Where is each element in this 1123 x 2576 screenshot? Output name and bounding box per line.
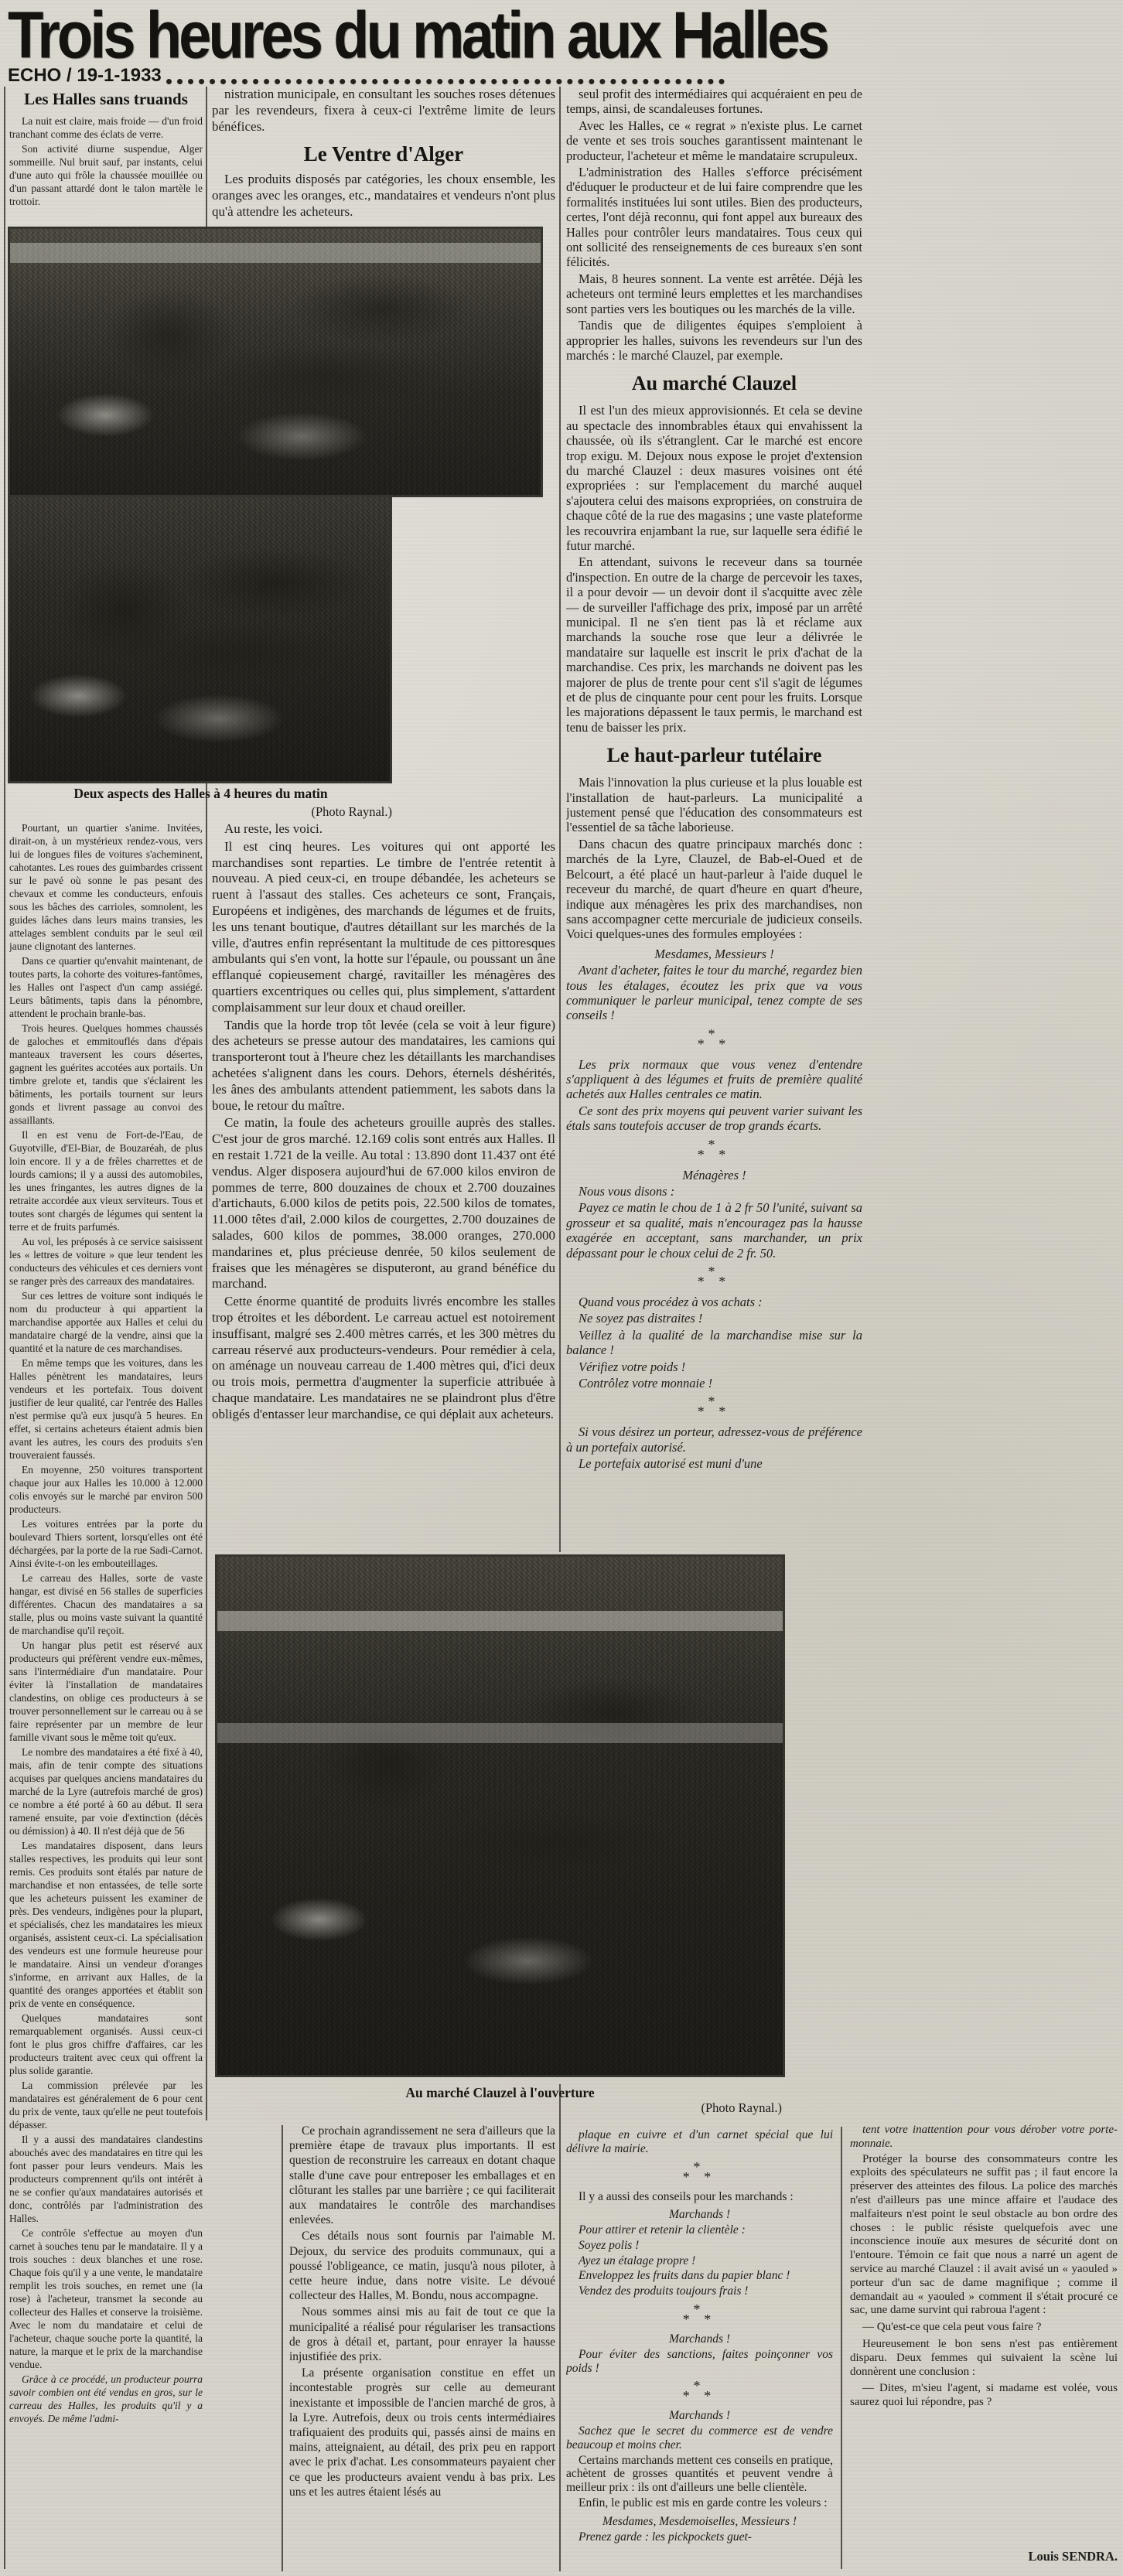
subheading: Le haut-parleur tutélaire bbox=[566, 744, 862, 767]
paragraph: Ce prochain agrandissement ne sera d'ail… bbox=[289, 2124, 555, 2227]
subheading: Au marché Clauzel bbox=[566, 372, 862, 395]
asterisk-separator: * * * bbox=[566, 2162, 833, 2182]
paragraph: Pour attirer et retenir la clientèle : bbox=[566, 2223, 833, 2237]
paragraph: Les produits disposés par catégories, le… bbox=[212, 172, 555, 220]
asterisk-separator: * * * bbox=[566, 1397, 862, 1417]
edition-line: ECHO / 19-1-1933 bbox=[8, 65, 162, 87]
paragraph: Il y a aussi des mandataires clandestins… bbox=[9, 2133, 203, 2225]
paragraph: Certains marchands mettent ces conseils … bbox=[566, 2454, 833, 2495]
paragraph: Heureusement le bon sens n'est pas entiè… bbox=[850, 2338, 1118, 2379]
paragraph: Avec les Halles, ce « regrat » n'existe … bbox=[566, 118, 862, 163]
paragraph: Si vous désirez un porteur, adressez-vou… bbox=[566, 1424, 862, 1455]
paragraph: La commission prélevée par les mandatair… bbox=[9, 2079, 203, 2131]
paragraph: Sachez que le secret du commerce est de … bbox=[566, 2424, 833, 2452]
paragraph: Soyez polis ! bbox=[566, 2239, 833, 2253]
col2-col3-rule-bottom bbox=[559, 2084, 561, 2571]
asterisk-separator: * * * bbox=[566, 1267, 862, 1287]
paragraph: Il y a aussi des conseils pour les march… bbox=[566, 2190, 833, 2204]
halftone-texture bbox=[10, 229, 541, 495]
column-3-bottom: plaque en cuivre et d'un carnet spécial … bbox=[566, 2128, 833, 2571]
column-4-bottom: tent votre inattention pour vous dérober… bbox=[850, 2124, 1118, 2550]
paragraph: — Dites, m'sieu l'agent, si madame est v… bbox=[850, 2382, 1118, 2410]
paragraph: Le carreau des Halles, sorte de vaste ha… bbox=[9, 1571, 203, 1637]
paragraph: Tandis que de diligentes équipes s'emplo… bbox=[566, 318, 862, 363]
paragraph: Mais, 8 heures sonnent. La vente est arr… bbox=[566, 271, 862, 316]
paragraph: plaque en cuivre et d'un carnet spécial … bbox=[566, 2128, 833, 2156]
photo-caption: Au marché Clauzel à l'ouverture bbox=[215, 2085, 785, 2101]
asterisk-separator: * * * bbox=[566, 1140, 862, 1160]
col3-col4-rule bbox=[841, 2127, 842, 2569]
paragraph: Pour éviter des sanctions, faites poinço… bbox=[566, 2348, 833, 2376]
paragraph: Il en est venu de Fort-de-l'Eau, de Guyo… bbox=[9, 1128, 203, 1233]
article-signature: Louis SENDRA. bbox=[850, 2549, 1118, 2564]
subheading: Le Ventre d'Alger bbox=[212, 142, 555, 165]
asterisk-separator: * * * bbox=[566, 2305, 833, 2325]
column-1-top: Les Halles sans truandsLa nuit est clair… bbox=[9, 88, 203, 226]
paragraph: Ce matin, la foule des acheteurs grouill… bbox=[212, 1115, 555, 1292]
column-2-top: nistration municipale, en consultant les… bbox=[212, 87, 555, 227]
page-title: Trois heures du matin aux Halles bbox=[8, 0, 851, 69]
column-2-bottom: Ce prochain agrandissement ne sera d'ail… bbox=[289, 2124, 555, 2571]
paragraph: Marchands ! bbox=[566, 2332, 833, 2346]
photo-credit: (Photo Raynal.) bbox=[9, 804, 392, 820]
paragraph: Au reste, les voici. bbox=[212, 821, 555, 838]
paragraph: Quand vous procédez à vos achats : bbox=[566, 1295, 862, 1309]
paragraph: Enfin, le public est mis en garde contre… bbox=[566, 2496, 833, 2510]
paragraph: Tandis que la horde trop tôt levée (cela… bbox=[212, 1018, 555, 1114]
paragraph: Protéger la bourse des consommateurs con… bbox=[850, 2153, 1118, 2318]
photo-light-band bbox=[217, 1611, 783, 1631]
paragraph: Au vol, les préposés à ce service saisis… bbox=[9, 1235, 203, 1288]
photo-light-band bbox=[10, 243, 541, 263]
paragraph: Un hangar plus petit est réservé aux pro… bbox=[9, 1639, 203, 1744]
paragraph: Marchands ! bbox=[566, 2208, 833, 2222]
paragraph: Nous sommes ainsi mis au fait de tout ce… bbox=[289, 2305, 555, 2364]
paragraph: Dans ce quartier qu'envahit maintenant, … bbox=[9, 954, 203, 1020]
paragraph: Avant d'acheter, faites le tour du march… bbox=[566, 963, 862, 1023]
paragraph: La nuit est claire, mais froide — d'un f… bbox=[9, 114, 203, 141]
paragraph: Sur ces lettres de voiture sont indiqués… bbox=[9, 1289, 203, 1355]
paragraph: Les mandataires disposent, dans leurs st… bbox=[9, 1839, 203, 2010]
paragraph: Ce sont des prix moyens qui peuvent vari… bbox=[566, 1104, 862, 1134]
paragraph: En même temps que les voitures, dans les… bbox=[9, 1356, 203, 1462]
photo-credit: (Photo Raynal.) bbox=[215, 2100, 785, 2116]
paragraph: En moyenne, 250 voitures transportent ch… bbox=[9, 1463, 203, 1516]
paragraph: Ce contrôle s'effectue au moyen d'un car… bbox=[9, 2226, 203, 2371]
column-1-main: Pourtant, un quartier s'anime. Invitées,… bbox=[9, 821, 203, 2569]
left-edge-rule bbox=[4, 87, 5, 2569]
paragraph: L'administration des Halles s'efforce pr… bbox=[566, 165, 862, 270]
paragraph: Il est cinq heures. Les voitures qui ont… bbox=[212, 839, 555, 1016]
col1-col2-rule-bottom bbox=[282, 2125, 283, 2571]
col2-col3-rule bbox=[559, 87, 561, 1552]
photo-halles-crowd bbox=[8, 495, 392, 783]
subheading: Les Halles sans truands bbox=[9, 90, 203, 108]
paragraph: Marchands ! bbox=[566, 2409, 833, 2423]
halftone-texture bbox=[217, 1557, 783, 2075]
paragraph: Quelques mandataires sont remarquablemen… bbox=[9, 2011, 203, 2077]
paragraph: Mesdames, Messieurs ! bbox=[566, 947, 862, 961]
column-2-middle: Au reste, les voici.Il est cinq heures. … bbox=[212, 821, 555, 1551]
photo-marche-clauzel bbox=[215, 1554, 785, 2077]
paragraph: La présente organisation constitue en ef… bbox=[289, 2366, 555, 2499]
paragraph: Les voitures entrées par la porte du bou… bbox=[9, 1517, 203, 1570]
photo-caption: Deux aspects des Halles à 4 heures du ma… bbox=[9, 786, 392, 802]
paragraph: En attendant, suivons le receveur dans s… bbox=[566, 554, 862, 735]
paragraph: Vérifiez votre poids ! bbox=[566, 1360, 862, 1374]
paragraph: Mesdames, Mesdemoiselles, Messieurs ! bbox=[566, 2515, 833, 2529]
asterisk-separator: * * * bbox=[566, 1029, 862, 1049]
column-3: seul profit des intermédiaires qui acqué… bbox=[566, 87, 862, 1556]
paragraph: Nous vous disons : bbox=[566, 1184, 862, 1199]
paragraph: Contrôlez votre monnaie ! bbox=[566, 1376, 862, 1390]
halftone-texture bbox=[10, 497, 390, 781]
paragraph: Il est l'un des mieux approvisionnés. Et… bbox=[566, 403, 862, 553]
paragraph: Ménagères ! bbox=[566, 1168, 862, 1182]
paragraph: Les prix normaux que vous venez d'entend… bbox=[566, 1057, 862, 1102]
paragraph: Cette énorme quantité de produits livrés… bbox=[212, 1294, 555, 1422]
paragraph: Ayez un étalage propre ! bbox=[566, 2254, 833, 2268]
photo-halles-buildings bbox=[8, 227, 543, 497]
asterisk-separator: * * * bbox=[566, 2381, 833, 2401]
paragraph: Ces détails nous sont fournis par l'aima… bbox=[289, 2229, 555, 2303]
paragraph: Dans chacun des quatre principaux marché… bbox=[566, 837, 862, 942]
paragraph: seul profit des intermédiaires qui acqué… bbox=[566, 87, 862, 117]
dotted-rule bbox=[166, 68, 725, 84]
paragraph: Le portefaix autorisé est muni d'une bbox=[566, 1456, 862, 1471]
paragraph: Payez ce matin le chou de 1 à 2 fr 50 l'… bbox=[566, 1200, 862, 1261]
paragraph: Veillez à la qualité de la marchandise m… bbox=[566, 1328, 862, 1358]
paragraph: Ne soyez pas distraites ! bbox=[566, 1311, 862, 1326]
paragraph: Trois heures. Quelques hommes chaussés d… bbox=[9, 1022, 203, 1127]
paragraph: nistration municipale, en consultant les… bbox=[212, 87, 555, 135]
paragraph: — Qu'est-ce que cela peut vous faire ? bbox=[850, 2321, 1118, 2335]
photo-light-band bbox=[217, 1723, 783, 1743]
paragraph: tent votre inattention pour vous dérober… bbox=[850, 2124, 1118, 2151]
paragraph: Enveloppez les fruits dans du papier bla… bbox=[566, 2269, 833, 2283]
paragraph: Pourtant, un quartier s'anime. Invitées,… bbox=[9, 821, 203, 953]
paragraph: Le nombre des mandataires a été fixé à 4… bbox=[9, 1745, 203, 1837]
paragraph: Prenez garde : les pickpockets guet- bbox=[566, 2530, 833, 2544]
paragraph: Son activité diurne suspendue, Alger som… bbox=[9, 142, 203, 208]
paragraph: Mais l'innovation la plus curieuse et la… bbox=[566, 775, 862, 835]
paragraph: Vendez des produits toujours frais ! bbox=[566, 2284, 833, 2298]
paragraph: Grâce à ce procédé, un producteur pourra… bbox=[9, 2373, 203, 2425]
